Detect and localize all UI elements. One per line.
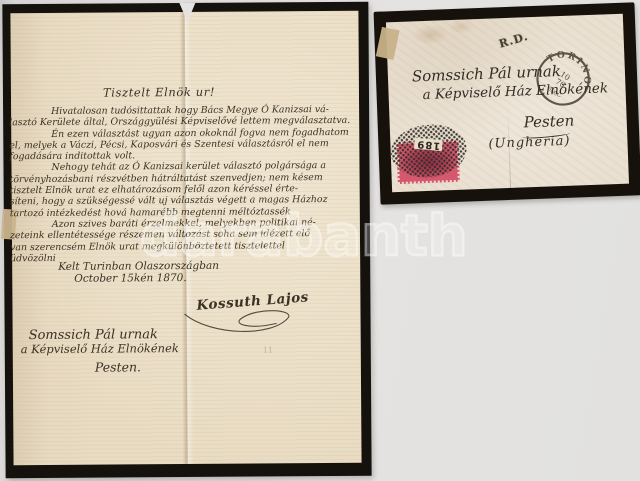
letter-body-line: zeteink ellentétessége részemen változás… <box>10 228 350 242</box>
photo-background: Tisztelt Elnök ur! Hivatalosan tudósitta… <box>0 0 640 481</box>
envelope-tape-repair <box>376 27 400 60</box>
letter-dateline-place: Kelt Turinban Olaszországban <box>58 260 219 273</box>
rd-handstamp: R.D. <box>497 30 529 51</box>
envelope-stain <box>412 24 449 45</box>
letter-body: Hivatalosan tudósittattak hogy Bács Megy… <box>9 104 350 265</box>
cancel-number: 189 <box>414 138 443 151</box>
mourning-letter: Tisztelt Elnök ur! Hivatalosan tudósitta… <box>2 2 371 479</box>
signature-flourish <box>180 307 300 342</box>
envelope-face: R.D. TORINO 10 70 SUCC Somssich Pál urna… <box>386 14 629 193</box>
letter-addressee-city: Pesten. <box>95 359 141 374</box>
letter-handwriting: Tisztelt Elnök ur! Hivatalosan tudósitta… <box>2 2 371 479</box>
envelope-stain <box>448 19 474 34</box>
letter-dateline-date: October 15kén 1870. <box>74 272 187 285</box>
envelope-address-city: Pesten <box>523 112 574 132</box>
envelope-address-country: (Ungheria) <box>488 134 570 152</box>
letter-addressee-title: a Képviselő Ház Elnökének <box>21 341 179 356</box>
letter-salutation: Tisztelt Elnök ur! <box>103 85 215 100</box>
pencil-mark: 11 <box>263 345 273 354</box>
mourning-envelope: R.D. TORINO 10 70 SUCC Somssich Pál urna… <box>374 2 640 204</box>
letter-body-line: síteni, hogy a szükségessé vált uj válas… <box>10 194 350 208</box>
